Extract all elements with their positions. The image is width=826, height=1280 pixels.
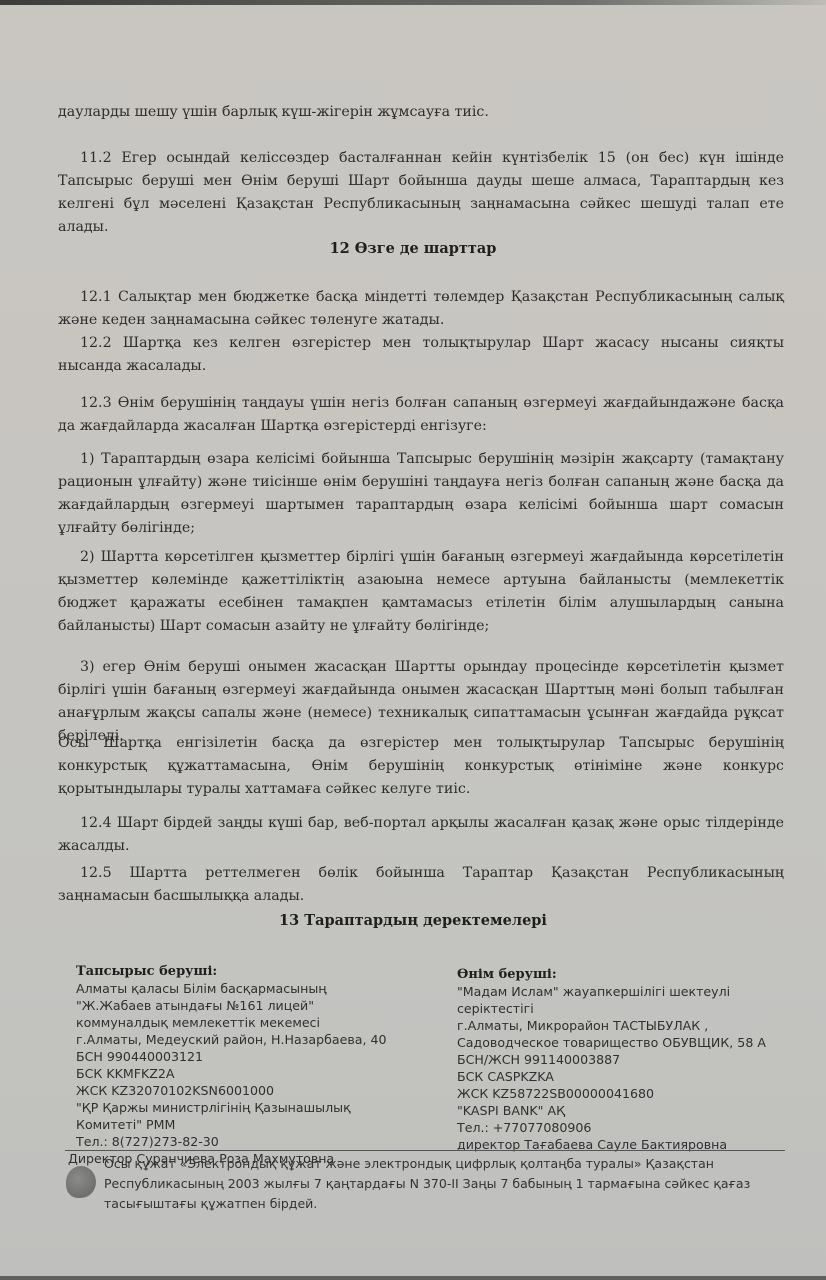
supplier-line: г.Алматы, Микрорайон ТАСТЫБУЛАК , (457, 1017, 787, 1034)
customer-line: "Ж.Жабаев атындағы №161 лицей" (76, 997, 416, 1014)
paragraph-12-3: 12.3 Өнім берушінің таңдауы үшін негіз б… (58, 392, 784, 438)
customer-line: Алматы қаласы Білім басқармасының (76, 980, 416, 997)
customer-line: БСК KKMFKZ2A (76, 1065, 416, 1082)
footer-line: Осы құжат «Электрондық құжат және электр… (104, 1154, 754, 1174)
section-11-tail: дауларды шешу үшін барлық күш-жігерін жұ… (58, 101, 784, 124)
paragraph-12-4: 12.4 Шарт бірдей заңды күші бар, веб-пор… (58, 812, 784, 858)
customer-title: Тапсырыс беруші: (76, 963, 416, 980)
paragraph-12-2: 12.2 Шартқа кез келген өзгерістер мен то… (58, 332, 784, 378)
supplier-line: "Мадам Ислам" жауапкершілігі шектеулі (457, 983, 787, 1000)
paragraph-12-5: 12.5 Шартта реттелмеген бөлік бойынша Та… (58, 862, 784, 908)
paragraph-12-3-item-2: 2) Шартта көрсетілген қызметтер бірлігі … (58, 546, 784, 638)
supplier-line: "KASPI BANK" АҚ (457, 1102, 787, 1119)
customer-line: "ҚР Қаржы министрлігінің Қазынашылық (76, 1099, 416, 1116)
supplier-line: Тел.: +77077080906 (457, 1119, 787, 1136)
customer-line: г.Алматы, Медеуский район, Н.Назарбаева,… (76, 1031, 416, 1048)
supplier-line: ЖСК KZ58722SB00000041680 (457, 1085, 787, 1102)
supplier-line: БСН/ЖСН 991140003887 (457, 1051, 787, 1068)
footer-legal-note: Осы құжат «Электрондық құжат және электр… (104, 1154, 754, 1214)
customer-line: Комитеті" РММ (76, 1116, 416, 1133)
footer-line: Республикасының 2003 жылғы 7 қаңтардағы … (104, 1174, 754, 1194)
paragraph-12-3-tail: Осы Шартқа енгізілетін басқа да өзгеріст… (58, 732, 784, 801)
paragraph-12-1: 12.1 Салықтар мен бюджетке басқа міндетт… (58, 286, 784, 332)
photo-background-bottom (0, 1276, 826, 1280)
footer-line: тасығыштағы құжатпен бірдей. (104, 1194, 754, 1214)
supplier-title: Өнім беруші: (457, 966, 787, 983)
supplier-line: серіктестігі (457, 1000, 787, 1017)
paragraph-12-3-item-1: 1) Тараптардың өзара келісімі бойынша Та… (58, 448, 784, 540)
customer-line: Тел.: 8(727)273-82-30 (76, 1133, 416, 1150)
paragraph-11-2: 11.2 Егер осындай келіссөздер басталғанн… (58, 147, 784, 239)
egov-stamp-icon (66, 1166, 96, 1198)
footer-divider (65, 1150, 785, 1151)
supplier-requisites: Өнім беруші: "Мадам Ислам" жауапкершіліг… (457, 966, 787, 1153)
customer-line: коммуналдық мемлекеттік мекемесі (76, 1014, 416, 1031)
supplier-line: БСК CASPKZKA (457, 1068, 787, 1085)
section-13-title: 13 Тараптардың деректемелері (0, 912, 826, 929)
customer-requisites: Тапсырыс беруші: Алматы қаласы Білім бас… (76, 963, 416, 1167)
supplier-line: Садоводческое товарищество ОБУВЩИК, 58 А (457, 1034, 787, 1051)
customer-line: ЖСК KZ32070102KSN6001000 (76, 1082, 416, 1099)
customer-line: БСН 990440003121 (76, 1048, 416, 1065)
section-12-title: 12 Өзге де шарттар (0, 240, 826, 257)
